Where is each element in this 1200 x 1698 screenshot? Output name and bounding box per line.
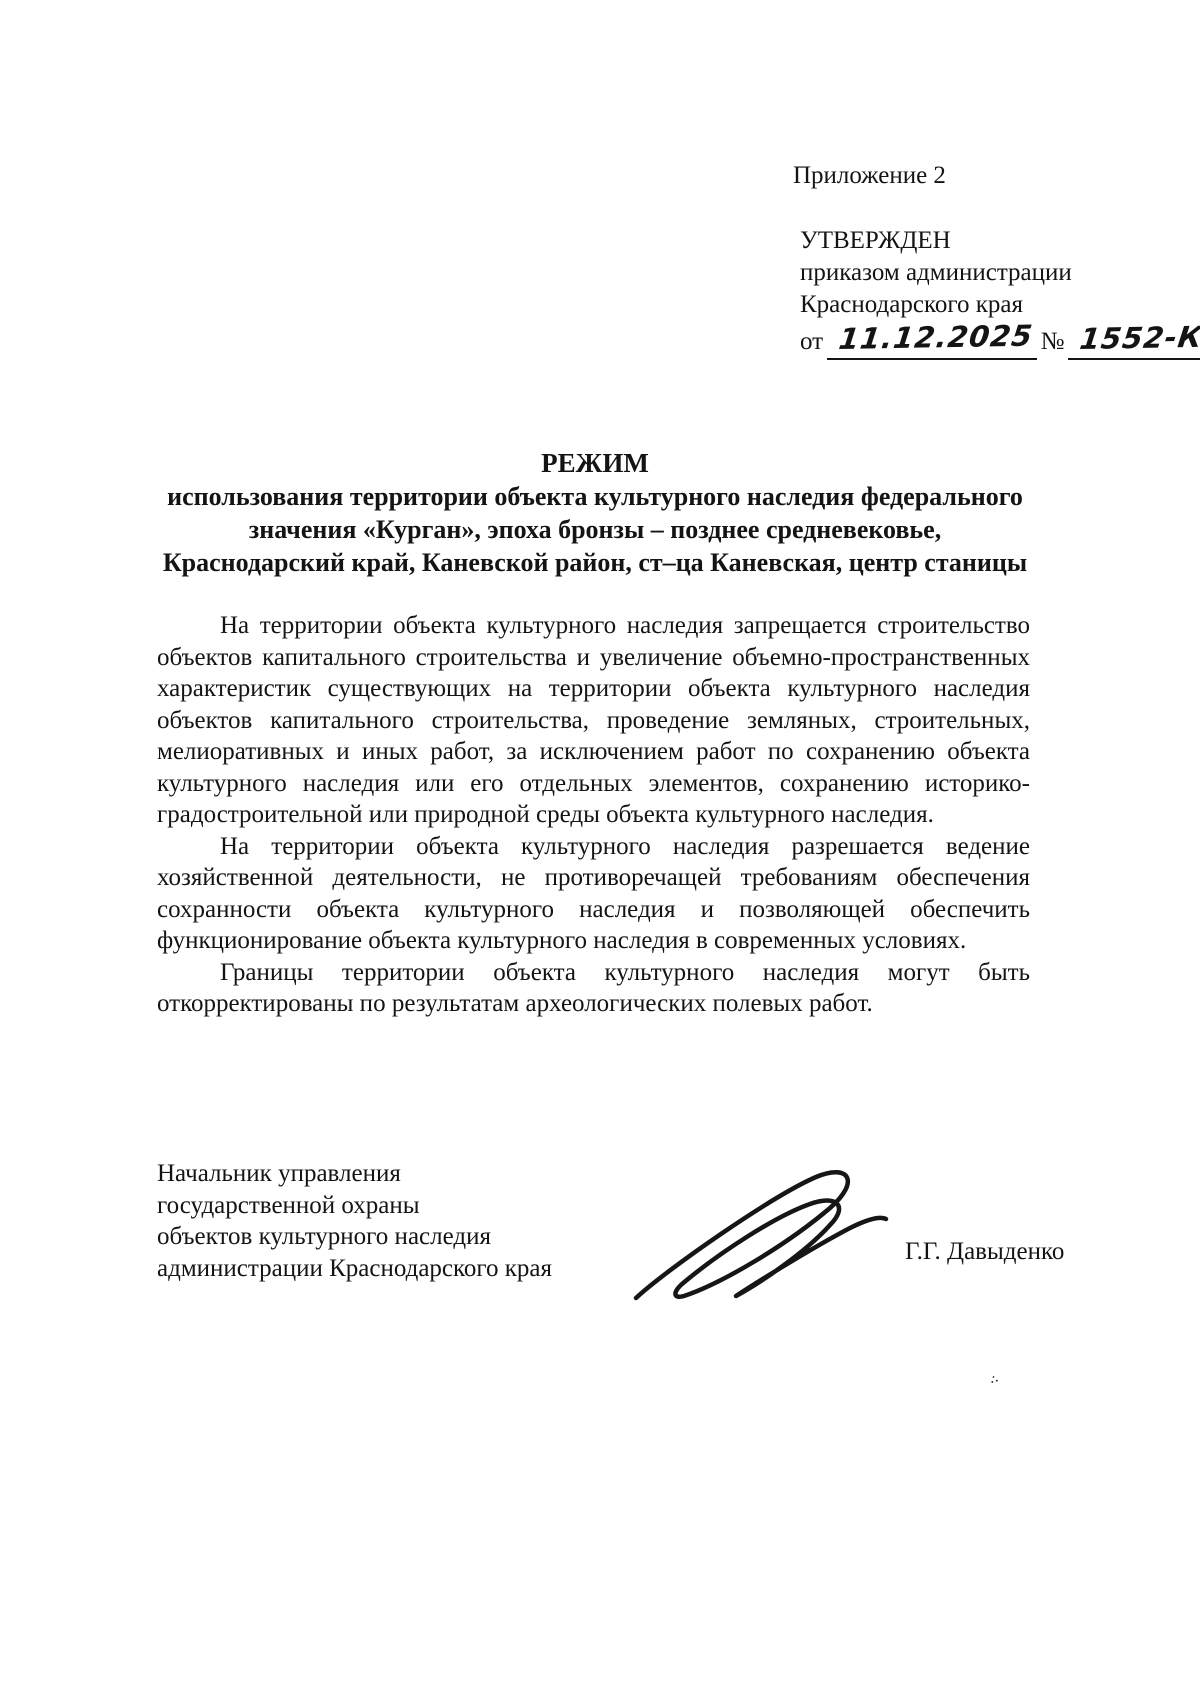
title-heading: РЕЖИМ bbox=[140, 446, 1050, 480]
order-number-handwritten: 1552-КН bbox=[1078, 320, 1200, 355]
document-page: Приложение 2 УТВЕРЖДЕН приказом админист… bbox=[0, 0, 1200, 1698]
handwritten-signature-icon bbox=[626, 1166, 894, 1308]
date-prefix-label: от bbox=[800, 328, 823, 355]
title-subtitle-line-2: значения «Курган», эпоха бронзы – поздне… bbox=[140, 513, 1050, 546]
order-date-field: 11.12.2025 bbox=[827, 323, 1036, 360]
signatory-position-line-4: администрации Краснодарского края bbox=[157, 1253, 552, 1285]
paragraph-prohibitions: На территории объекта культурного наслед… bbox=[157, 610, 1030, 831]
order-date-handwritten: 11.12.2025 bbox=[837, 320, 1035, 355]
approved-by-line-1: приказом администрации bbox=[800, 257, 1200, 289]
approved-heading: УТВЕРЖДЕН bbox=[800, 225, 1200, 257]
signatory-position-line-3: объектов культурного наследия bbox=[157, 1221, 552, 1253]
scan-speckle-artifact: ·˙· bbox=[988, 1373, 999, 1392]
title-subtitle-line-3: Краснодарский край, Каневской район, ст–… bbox=[140, 546, 1050, 579]
approved-by-line-2: Краснодарского края bbox=[800, 289, 1200, 321]
signatory-position-block: Начальник управления государственной охр… bbox=[157, 1158, 552, 1284]
signatory-name: Г.Г. Давыденко bbox=[905, 1236, 1064, 1268]
paragraph-boundaries: Границы территории объекта культурного н… bbox=[157, 957, 1030, 1020]
paragraph-permissions: На территории объекта культурного наслед… bbox=[157, 831, 1030, 957]
appendix-label: Приложение 2 bbox=[793, 160, 946, 192]
approval-block: УТВЕРЖДЕН приказом администрации Краснод… bbox=[800, 225, 1200, 360]
document-body: На территории объекта культурного наслед… bbox=[157, 610, 1030, 1020]
document-title-block: РЕЖИМ использования территории объекта к… bbox=[140, 446, 1050, 579]
signatory-position-line-1: Начальник управления bbox=[157, 1158, 552, 1190]
number-sign-label: № bbox=[1041, 328, 1065, 355]
signatory-position-line-2: государственной охраны bbox=[157, 1190, 552, 1222]
title-subtitle-line-1: использования территории объекта культур… bbox=[140, 480, 1050, 513]
order-number-field: 1552-КН bbox=[1068, 323, 1200, 360]
order-date-number-line: от11.12.2025№1552-КН bbox=[800, 323, 1200, 360]
